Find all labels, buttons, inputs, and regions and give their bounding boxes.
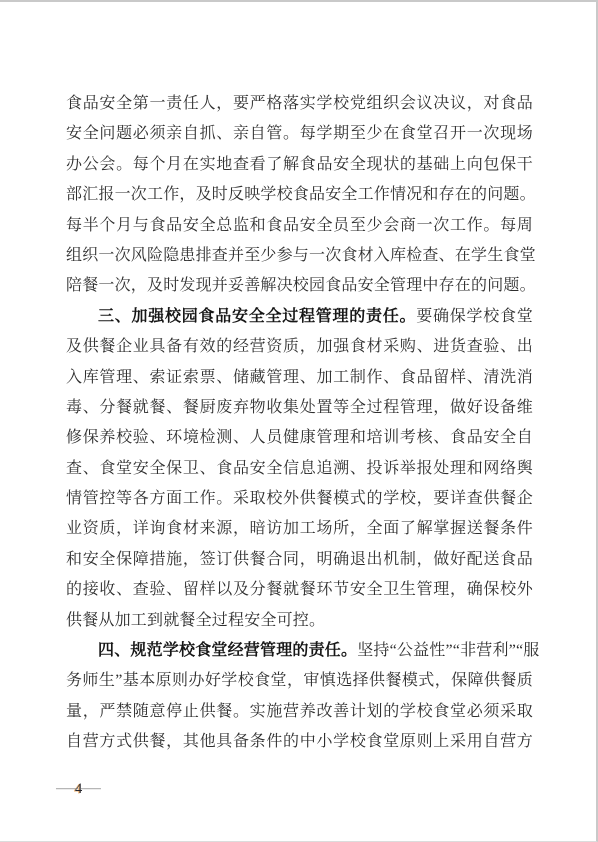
text-line: 查、食堂安全保卫、食品安全信息追溯、投诉举报处理和网络舆 [66,454,533,484]
body-text: 食品安全第一责任人，要严格落实学校党组织会议决议，对食品 [66,95,533,112]
body-text: 的接收、查验、留样以及分餐就餐环节安全卫生管理，确保校外 [66,581,533,598]
body-text: 陪餐一次，及时发现并妥善解决校园食品安全管理中存在的问题。 [66,277,536,294]
text-line: 供餐从加工到就餐全过程安全可控。 [66,606,533,636]
page-number-dash: — [56,779,78,799]
page-number-dash: — [79,779,101,799]
body-text: 情管控等各方面工作。采取校外供餐模式的学校，要详查供餐企 [66,490,533,507]
body-text: 毒、分餐就餐、餐厨废弃物收集处置等全过程管理，做好设备维 [66,399,533,416]
body-text: 部汇报一次工作，及时反映学校食品安全工作情况和存在的问题。 [66,186,536,203]
text-line: 食品安全第一责任人，要严格落实学校党组织会议决议，对食品 [66,89,533,119]
text-line: 安全问题必须亲自抓、亲自管。每学期至少在食堂召开一次现场 [66,119,533,149]
text-line: 入库管理、索证索票、储藏管理、加工制作、食品留样、清洗消 [66,363,533,393]
body-text: 坚持“公益性”“非营利”“服 [357,642,539,659]
text-line: 三、加强校园食品安全全过程管理的责任。要确保学校食堂 [66,302,533,332]
body-text: 办公会。每个月在实地查看了解食品安全现状的基础上向包保干 [66,156,533,173]
document-page: 食品安全第一责任人，要严格落实学校党组织会议决议，对食品安全问题必须亲自抓、亲自… [0,0,598,842]
text-line: 毒、分餐就餐、餐厨废弃物收集处置等全过程管理，做好设备维 [66,393,533,423]
body-text: 务师生”基本原则办好学校食堂，审慎选择供餐模式，保障供餐质 [66,672,533,689]
body-text: 业资质，详询食材来源，暗访加工场所，全面了解掌握送餐条件 [66,520,533,537]
page-number: — 4 — [57,779,100,799]
text-line: 业资质，详询食材来源，暗访加工场所，全面了解掌握送餐条件 [66,514,533,544]
body-text: 查、食堂安全保卫、食品安全信息追溯、投诉举报处理和网络舆 [66,460,533,477]
section-heading: 四、规范学校食堂经营管理的责任。 [98,642,357,659]
body-text: 安全问题必须亲自抓、亲自管。每学期至少在食堂召开一次现场 [66,125,533,142]
text-line: 办公会。每个月在实地查看了解食品安全现状的基础上向包保干 [66,150,533,180]
body-text: 和安全保障措施，签订供餐合同，明确退出机制，做好配送食品 [66,551,533,568]
text-line: 量，严禁随意停止供餐。实施营养改善计划的学校食堂必须采取 [66,697,533,727]
body-text: 量，严禁随意停止供餐。实施营养改善计划的学校食堂必须采取 [66,703,533,720]
text-line: 自营方式供餐，其他具备条件的中小学校食堂原则上采用自营方 [66,727,533,757]
text-line: 务师生”基本原则办好学校食堂，审慎选择供餐模式，保障供餐质 [66,666,533,696]
text-line: 修保养校验、环境检测、人员健康管理和培训考核、食品安全自 [66,423,533,453]
body-text: 每半个月与食品安全总监和食品安全员至少会商一次工作。每周 [66,217,533,234]
body-text: 供餐从加工到就餐全过程安全可控。 [66,612,325,629]
text-line: 和安全保障措施，签订供餐合同，明确退出机制，做好配送食品 [66,545,533,575]
body-text: 修保养校验、环境检测、人员健康管理和培训考核、食品安全自 [66,429,533,446]
document-body: 食品安全第一责任人，要严格落实学校党组织会议决议，对食品安全问题必须亲自抓、亲自… [66,89,533,758]
text-line: 情管控等各方面工作。采取校外供餐模式的学校，要详查供餐企 [66,484,533,514]
text-line: 的接收、查验、留样以及分餐就餐环节安全卫生管理，确保校外 [66,575,533,605]
body-text: 入库管理、索证索票、储藏管理、加工制作、食品留样、清洗消 [66,369,533,386]
text-line: 组织一次风险隐患排查并至少参与一次食材入库检查、在学生食堂 [66,241,533,271]
text-line: 陪餐一次，及时发现并妥善解决校园食品安全管理中存在的问题。 [66,271,533,301]
text-line: 及供餐企业具备有效的经营资质，加强食材采购、进货查验、出 [66,332,533,362]
text-line: 部汇报一次工作，及时反映学校食品安全工作情况和存在的问题。 [66,180,533,210]
text-line: 四、规范学校食堂经营管理的责任。坚持“公益性”“非营利”“服 [66,636,533,666]
section-heading: 三、加强校园食品安全全过程管理的责任。 [98,308,416,325]
body-text: 自营方式供餐，其他具备条件的中小学校食堂原则上采用自营方 [66,733,533,750]
body-text: 及供餐企业具备有效的经营资质，加强食材采购、进货查验、出 [66,338,533,355]
body-text: 要确保学校食堂 [416,308,533,325]
text-line: 每半个月与食品安全总监和食品安全员至少会商一次工作。每周 [66,211,533,241]
body-text: 组织一次风险隐患排查并至少参与一次食材入库检查、在学生食堂 [66,247,536,264]
